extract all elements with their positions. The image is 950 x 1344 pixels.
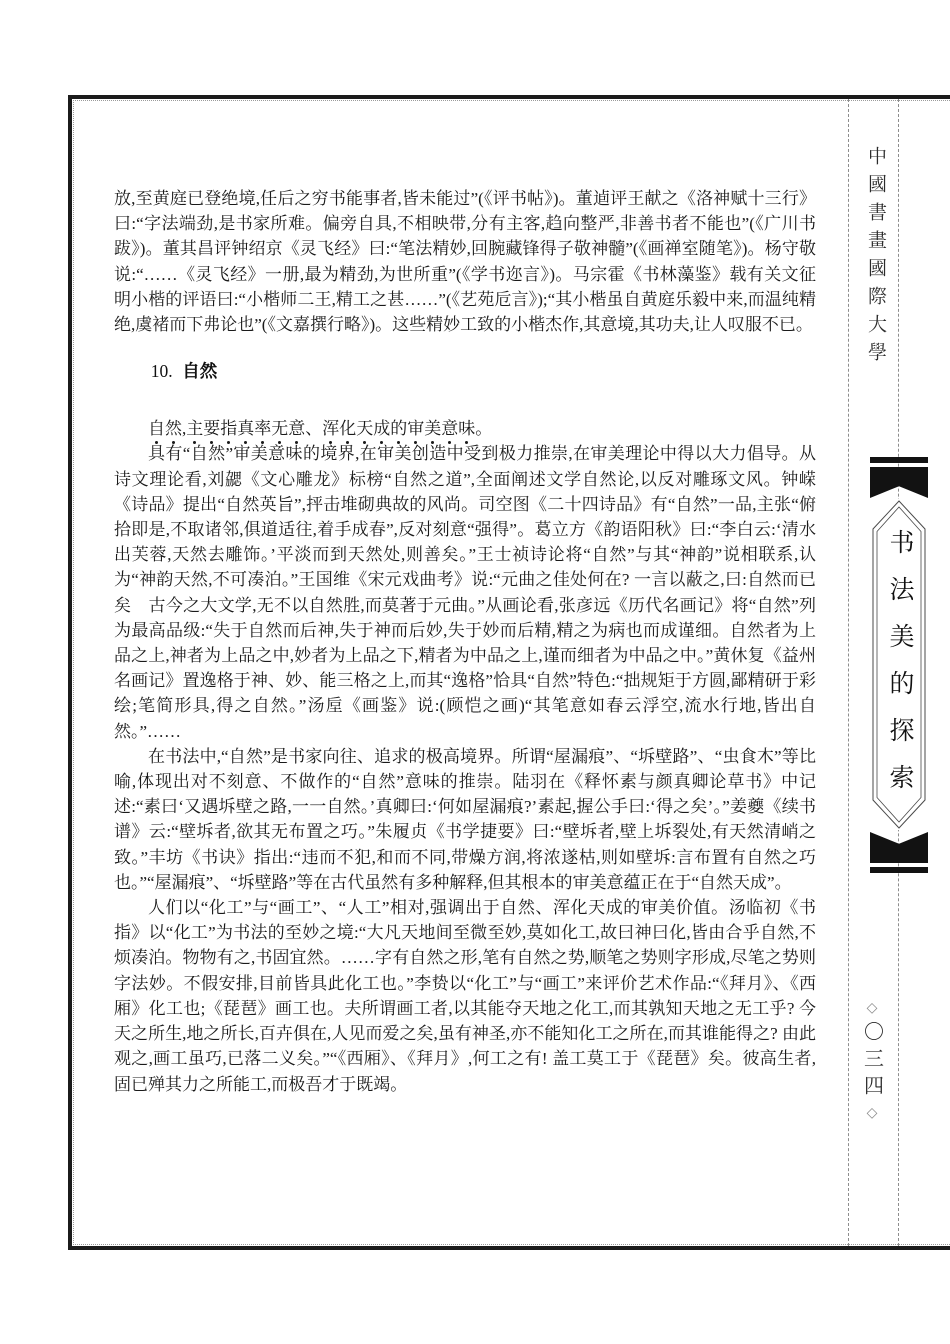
university-name-vertical: 中國書畫國際大學 <box>862 146 889 370</box>
section-title: 自然 <box>182 361 217 381</box>
diamond-icon: ◇ <box>867 1107 878 1121</box>
body-paragraph: 人们以“化工”与“画工”、“人工”相对,强调出于自然、浑化天成的审美价值。汤临初… <box>114 895 816 1097</box>
page-number-block: ◇ 〇三四 ◇ <box>846 1002 898 1121</box>
section-number: 10. <box>151 361 173 381</box>
emblem-bottom-bar <box>870 867 928 873</box>
emblem-top-ribbon <box>870 467 928 498</box>
emblem-bottom-ribbon <box>870 832 928 863</box>
book-title-vertical: 书法美的探索 <box>881 529 917 811</box>
book-title-emblem: 书法美的探索 <box>870 457 928 873</box>
section-heading: 10.自然 <box>114 359 816 384</box>
body-paragraph: 在书法中,“自然”是书家向往、追求的极高境界。所谓“屋漏痕”、“坼壁路”、“虫食… <box>114 744 816 895</box>
emblem-cartouche: 书法美的探索 <box>870 499 928 830</box>
body-paragraph: 具有“自然”审美意味的境界,在审美创造中受到极力推崇,在审美理论中得以大力倡导。… <box>114 441 816 743</box>
emblem-top-bar <box>870 457 928 463</box>
continuation-paragraph: 放,至黄庭已登绝境,任后之穷书能事者,皆未能过”(《评书帖》)。董逌评王献之《洛… <box>114 186 816 337</box>
page-number: 〇三四 <box>858 1021 887 1102</box>
thesis-sentence: 自然,主要指真率无意、浑化天成的审美意味。 <box>114 416 816 441</box>
main-text-block: 放,至黄庭已登绝境,任后之穷书能事者,皆未能过”(《评书帖》)。董逌评王献之《洛… <box>114 186 816 1097</box>
diamond-icon: ◇ <box>867 1002 878 1016</box>
